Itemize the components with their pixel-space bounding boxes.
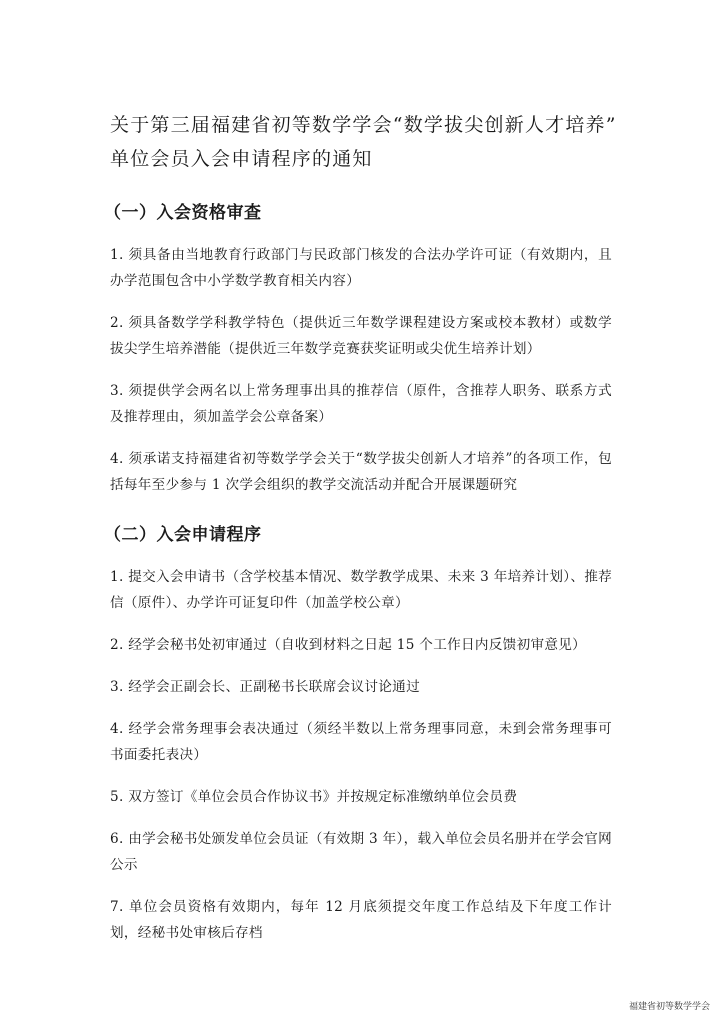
procedure-item-1: 1. 提交入会申请书（含学校基本情况、数学教学成果、未来 3 年培养计划）、推荐… [110, 564, 612, 616]
qualification-item-2: 2. 须具备数学学科教学特色（提供近三年数学课程建设方案或校本教材）或数学拔尖学… [110, 310, 612, 362]
title-line-2: 单位会员入会申请程序的通知 [110, 142, 612, 176]
procedure-item-7: 7. 单位会员资格有效期内，每年 12 月底须提交年度工作总结及下年度工作计划，… [110, 894, 612, 946]
section-heading-qualification: （一）入会资格审查 [104, 198, 612, 228]
procedure-item-6: 6. 由学会秘书处颁发单位会员证（有效期 3 年），载入单位会员名册并在学会官网… [110, 826, 612, 878]
document-page: 关于第三届福建省初等数学学会“数学拔尖创新人才培养” 单位会员入会申请程序的通知… [110, 108, 612, 946]
footer-watermark: 福建省初等数学学会 [629, 999, 710, 1012]
document-title: 关于第三届福建省初等数学学会“数学拔尖创新人才培养” 单位会员入会申请程序的通知 [110, 108, 612, 176]
procedure-item-5: 5. 双方签订《单位会员合作协议书》并按规定标准缴纳单位会员费 [110, 784, 612, 810]
section-heading-procedure: （二）入会申请程序 [104, 520, 612, 550]
title-line-1: 关于第三届福建省初等数学学会“数学拔尖创新人才培养” [110, 108, 612, 142]
procedure-item-4: 4. 经学会常务理事会表决通过（须经半数以上常务理事同意，未到会常务理事可书面委… [110, 716, 612, 768]
qualification-item-1: 1. 须具备由当地教育行政部门与民政部门核发的合法办学许可证（有效期内，且办学范… [110, 242, 612, 294]
qualification-item-4: 4. 须承诺支持福建省初等数学学会关于“数学拔尖创新人才培养”的各项工作，包括每… [110, 446, 612, 498]
procedure-item-2: 2. 经学会秘书处初审通过（自收到材料之日起 15 个工作日内反馈初审意见） [110, 632, 612, 658]
qualification-item-3: 3. 须提供学会两名以上常务理事出具的推荐信（原件，含推荐人职务、联系方式及推荐… [110, 378, 612, 430]
procedure-item-3: 3. 经学会正副会长、正副秘书长联席会议讨论通过 [110, 674, 612, 700]
